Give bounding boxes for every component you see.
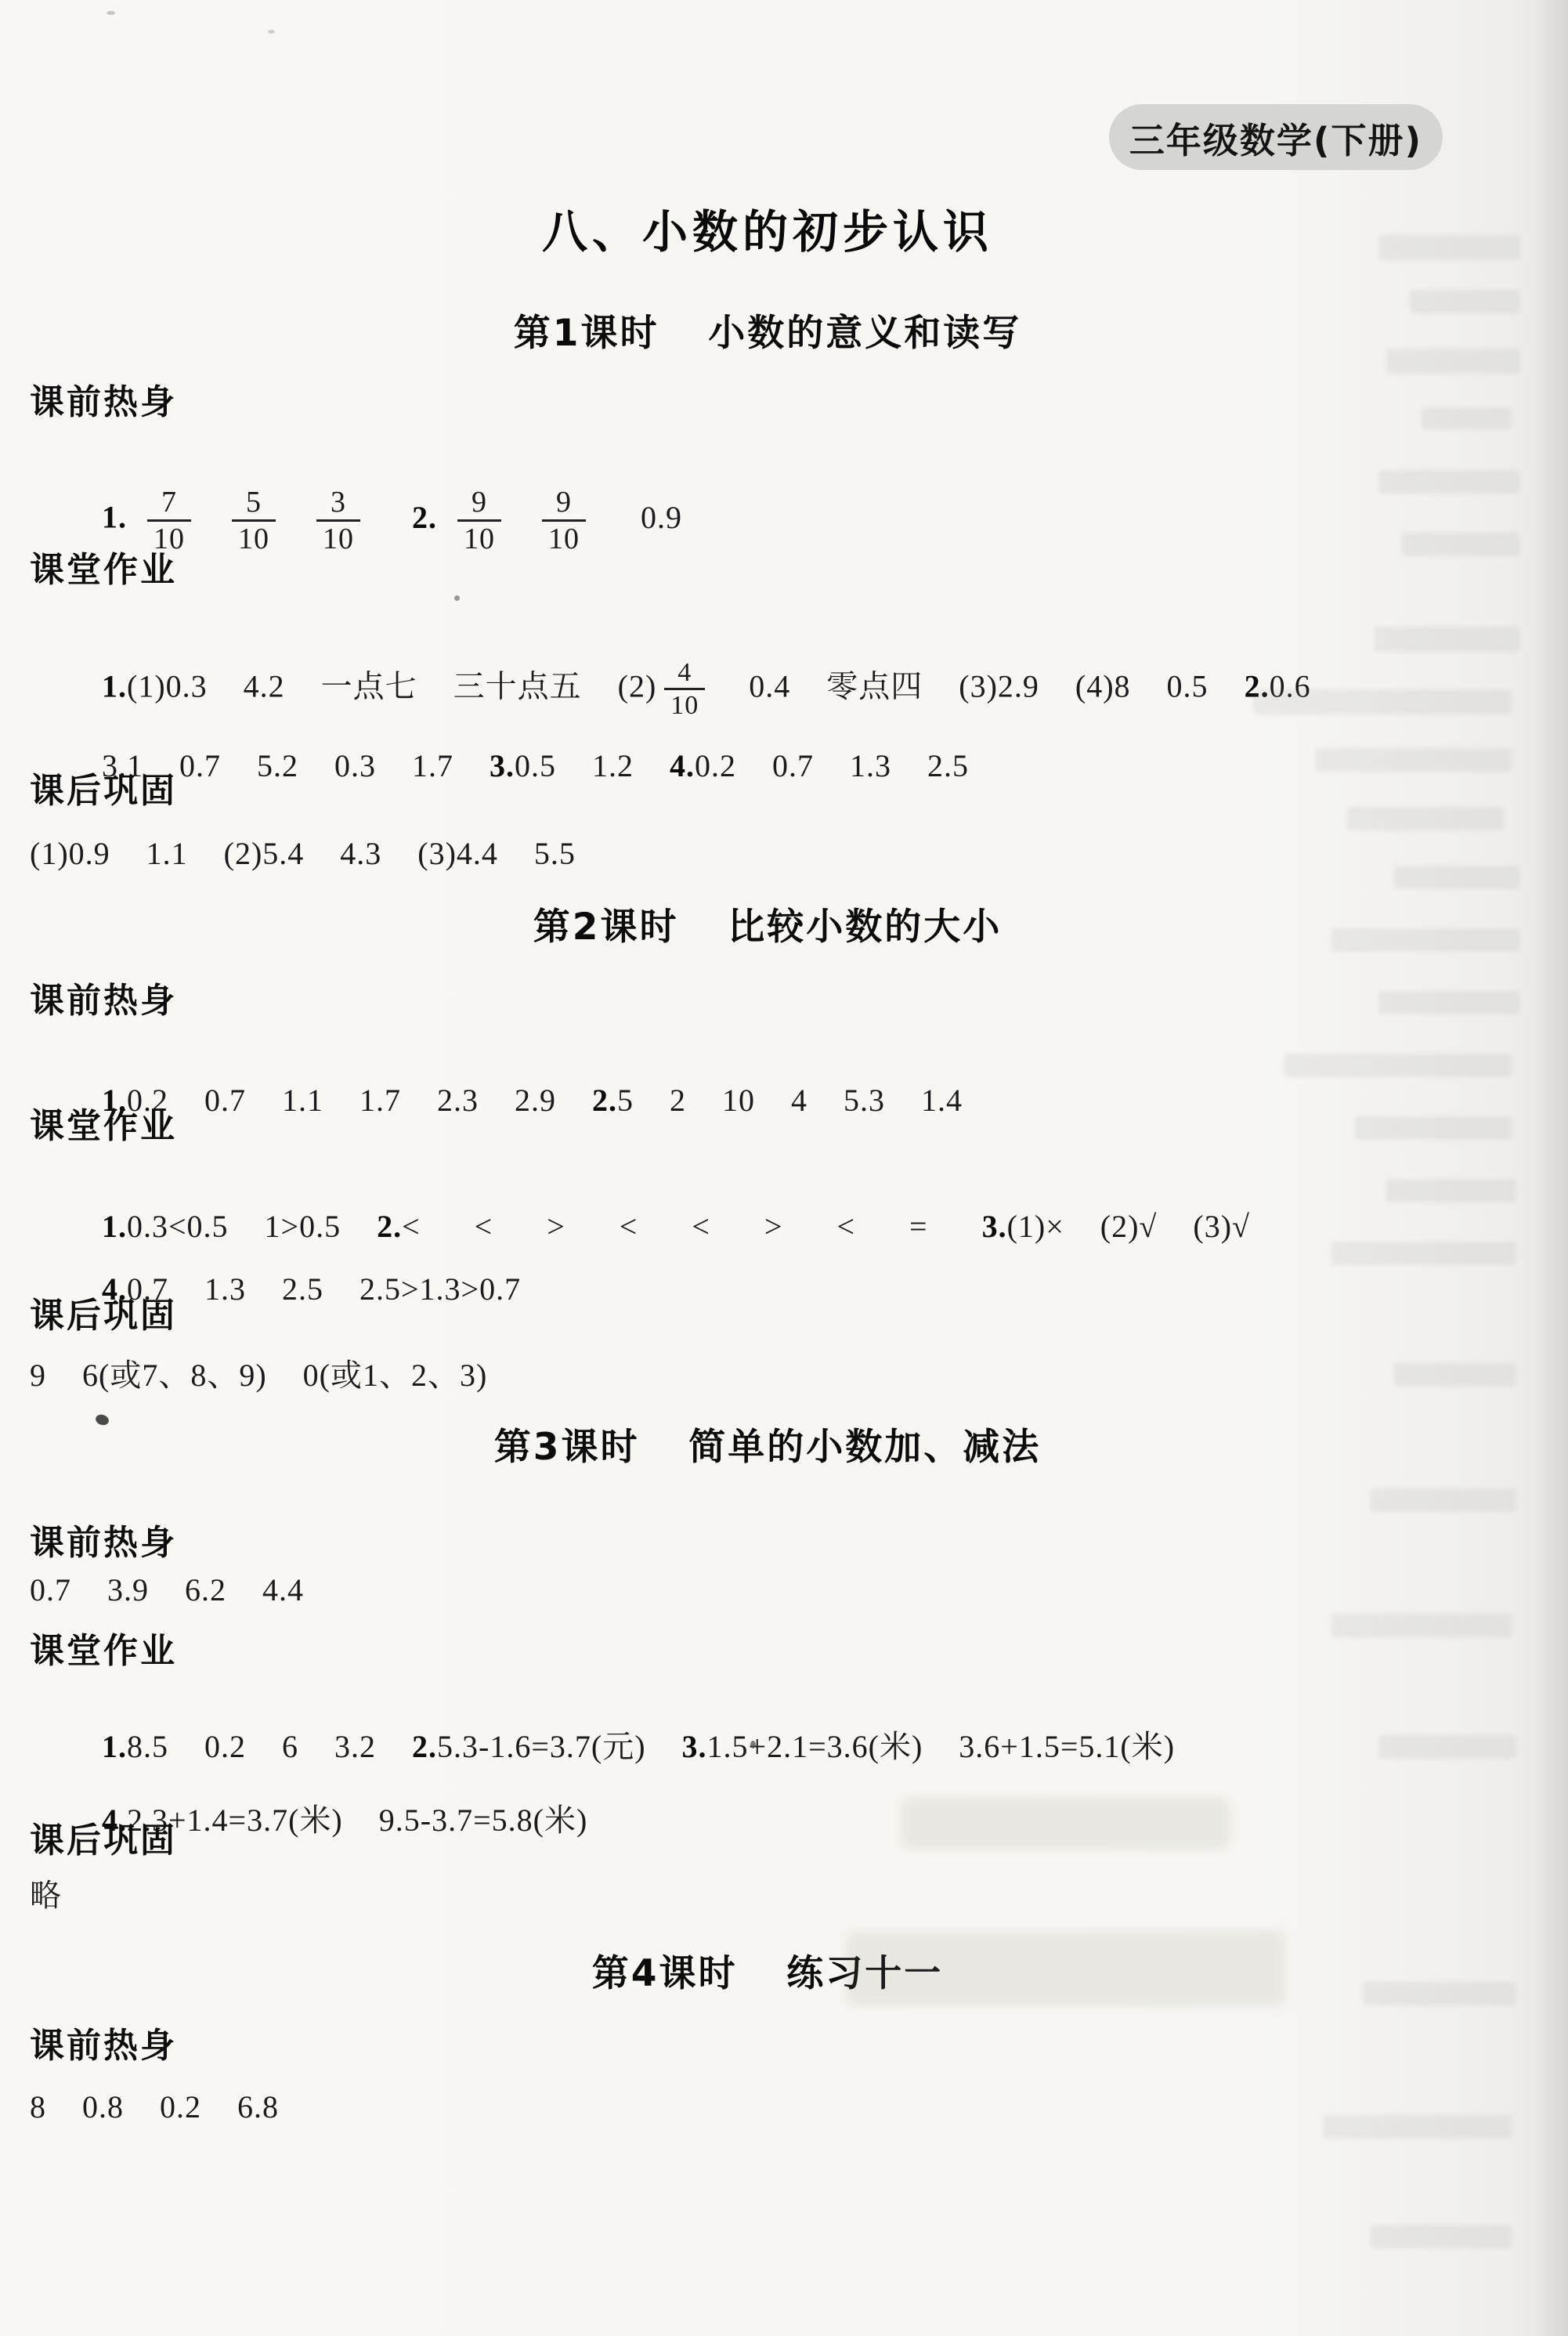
fraction: 910 <box>542 486 586 555</box>
answer-text: 0.9 <box>641 500 682 535</box>
ink-speck <box>750 1741 756 1748</box>
bleed-through-smudge <box>1378 235 1519 260</box>
bleed-through-smudge <box>1422 407 1512 429</box>
bleed-through-smudge <box>1324 2115 1512 2139</box>
fraction: 910 <box>457 486 501 555</box>
lesson3-classwork-heading: 课堂作业 <box>30 1631 177 1672</box>
bleed-through-smudge <box>1410 290 1519 313</box>
answer-text: 5 2 10 4 5.3 1.4 <box>617 1083 963 1118</box>
ink-speck <box>268 30 275 34</box>
fraction-denominator: 10 <box>232 519 276 556</box>
bleed-through-smudge <box>846 1931 1284 2005</box>
question-number: 1. <box>102 1729 127 1764</box>
answer-text: (1)0.3 4.2 一点七 三十点五 (2) <box>127 668 656 703</box>
answer-text: 0.2 0.7 1.1 1.7 2.3 2.9 <box>127 1083 592 1118</box>
fraction-numerator: 9 <box>542 486 586 519</box>
lesson3-warmup-heading: 课前热身 <box>30 1523 177 1564</box>
answer-text: 8.5 0.2 6 3.2 <box>127 1729 412 1764</box>
answer-text: 0.4 零点四 (3)2.9 (4)8 0.5 <box>713 668 1244 703</box>
bleed-through-smudge <box>901 1798 1230 1849</box>
bleed-through-smudge <box>1375 627 1519 652</box>
question-number: 3. <box>490 748 515 783</box>
lesson3-consolidation-line: 略 <box>30 1877 62 1915</box>
fraction-numerator: 4 <box>664 658 705 688</box>
edition-badge: 三年级数学(下册) <box>1109 104 1443 170</box>
lesson2-warmup-heading: 课前热身 <box>30 981 177 1022</box>
answer-text: 2.3+1.4=3.7(米) 9.5-3.7=5.8(米) <box>127 1803 587 1838</box>
fraction-numerator: 9 <box>457 486 501 519</box>
lesson1-classwork-heading: 课堂作业 <box>30 550 177 591</box>
lesson4-warmup-line: 8 0.8 0.2 6.8 <box>30 2088 279 2126</box>
bleed-through-smudge <box>1253 689 1512 714</box>
fraction-numerator: 5 <box>232 486 276 519</box>
edition-badge-label: 三年级数学(下册) <box>1129 112 1422 163</box>
bleed-through-smudge <box>1371 1488 1516 1512</box>
bleed-through-smudge <box>1371 2225 1512 2248</box>
fraction-denominator: 10 <box>316 519 360 556</box>
scanned-workbook-page: 三年级数学(下册) 八、小数的初步认识 第1课时 小数的意义和读写 课前热身 1… <box>0 0 1568 2336</box>
bleed-through-smudge <box>1394 1363 1516 1387</box>
ink-speck <box>107 11 115 15</box>
fraction-denominator: 10 <box>542 519 586 556</box>
lesson2-consolidation-heading: 课后巩固 <box>30 1296 177 1337</box>
page-edge-shadow <box>1532 0 1568 2336</box>
ink-speck <box>94 1413 110 1427</box>
answer-text: 1.5+2.1=3.6(米) 3.6+1.5=5.1(米) <box>707 1729 1176 1764</box>
bleed-through-smudge <box>1331 1242 1516 1265</box>
bleed-through-smudge <box>1378 1735 1516 1759</box>
question-number: 4. <box>670 748 695 783</box>
bleed-through-smudge <box>1355 1116 1512 1140</box>
question-number: 3. <box>982 1209 1007 1244</box>
bleed-through-smudge <box>1386 349 1519 374</box>
lesson3-title: 第3课时 简单的小数加、减法 <box>0 1426 1535 1470</box>
ink-speck <box>454 595 460 601</box>
question-number: 2. <box>412 1729 437 1764</box>
question-number: 3. <box>682 1729 707 1764</box>
answer-text: 0.2 0.7 1.3 2.5 <box>695 748 969 783</box>
fraction: 710 <box>147 486 191 555</box>
chapter-title: 八、小数的初步认识 <box>0 205 1535 260</box>
lesson3-consolidation-heading: 课后巩固 <box>30 1821 177 1862</box>
question-number: 1. <box>102 668 127 703</box>
bleed-through-smudge <box>1347 807 1504 830</box>
lesson1-consolidation-line: (1)0.9 1.1 (2)5.4 4.3 (3)4.4 5.5 <box>30 835 576 873</box>
lesson1-consolidation-heading: 课后巩固 <box>30 771 177 812</box>
fraction-numerator: 7 <box>147 486 191 519</box>
answer-text: 5.3-1.6=3.7(元) <box>437 1729 682 1764</box>
lesson1-warmup-heading: 课前热身 <box>30 382 177 424</box>
bleed-through-smudge <box>1316 748 1512 772</box>
bleed-through-smudge <box>1284 1054 1512 1077</box>
question-number: 2. <box>592 1083 617 1118</box>
lesson4-warmup-heading: 课前热身 <box>30 2026 177 2067</box>
bleed-through-smudge <box>1331 928 1519 952</box>
lesson2-title: 第2课时 比较小数的大小 <box>0 906 1535 949</box>
answer-text: 0.7 1.3 2.5 2.5>1.3>0.7 <box>127 1271 521 1307</box>
fraction: 310 <box>316 486 360 555</box>
question-number: 1. <box>102 500 127 535</box>
fraction-numerator: 3 <box>316 486 360 519</box>
lesson4-title: 第4课时 练习十一 <box>0 1952 1535 1996</box>
question-number: 2. <box>412 500 437 535</box>
answer-text: (1)× (2)√ (3)√ <box>1007 1209 1250 1244</box>
bleed-through-smudge <box>1394 866 1519 889</box>
lesson2-consolidation-line: 9 6(或7、8、9) 0(或1、2、3) <box>30 1357 487 1394</box>
bleed-through-smudge <box>1363 1982 1516 2005</box>
fraction: 510 <box>232 486 276 555</box>
bleed-through-smudge <box>1402 533 1519 556</box>
bleed-through-smudge <box>1378 470 1519 494</box>
bleed-through-smudge <box>1331 1614 1512 1637</box>
lesson2-classwork-heading: 课堂作业 <box>30 1106 177 1148</box>
answer-text: 0.5 1.2 <box>515 748 670 783</box>
bleed-through-smudge <box>1386 1179 1516 1202</box>
bleed-through-smudge <box>1378 991 1519 1014</box>
fraction-denominator: 10 <box>457 519 501 556</box>
lesson1-title: 第1课时 小数的意义和读写 <box>0 312 1535 356</box>
lesson3-warmup-line: 0.7 3.9 6.2 4.4 <box>30 1571 304 1609</box>
